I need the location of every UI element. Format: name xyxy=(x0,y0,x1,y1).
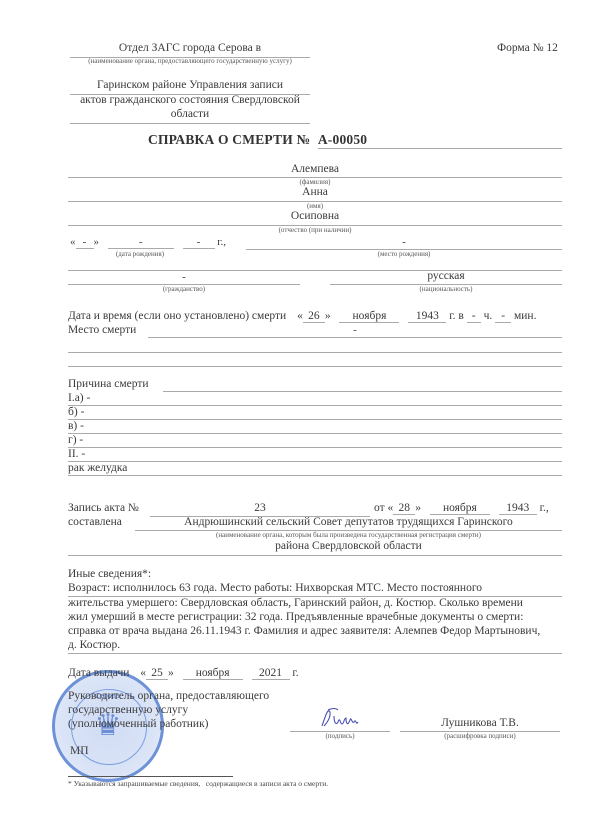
issuing-organ-line3: актов гражданского состояния Свердловско… xyxy=(65,94,315,106)
issuing-organ-line2: Гаринском районе Управления записи xyxy=(70,79,310,91)
cause-item: II. - xyxy=(68,448,85,460)
handwritten-signature xyxy=(318,704,362,732)
issue-month: ноября xyxy=(183,667,243,680)
seal-place-label: МП xyxy=(70,745,89,757)
cause-prefix: II. xyxy=(68,448,79,460)
death-date-row: Дата и время (если оно установлено) смер… xyxy=(68,310,536,323)
cause-prefix: I.а) xyxy=(68,392,84,404)
issue-date-row: Дата выдачи «25» ноября 2021 г. xyxy=(68,667,299,680)
patronymic-caption: (отчество (при наличии) xyxy=(68,226,562,234)
composed-label: составлена xyxy=(68,516,122,528)
head-title-line2: государственную услугу xyxy=(68,704,188,716)
nationality-value: русская xyxy=(330,270,562,282)
birth-date-caption: (дата рождения) xyxy=(90,250,190,258)
other-info-line: справка от врача выдана 26.11.1943 г. Фа… xyxy=(68,625,540,637)
birth-year: - xyxy=(183,236,215,249)
cause-item: б) - xyxy=(68,406,84,418)
record-label: Запись акта № xyxy=(68,502,139,514)
surname-caption: (фамилия) xyxy=(68,178,562,186)
death-month: ноября xyxy=(339,310,399,323)
head-title-line3: (уполномоченный работник) xyxy=(68,718,209,730)
document-title: СПРАВКА О СМЕРТИ № А-00050 xyxy=(148,132,367,148)
citizenship-value: - xyxy=(68,271,300,283)
death-place-value: - xyxy=(148,324,562,336)
signatory-name-caption: (расшифровка подписи) xyxy=(400,732,560,740)
certificate-number: А-00050 xyxy=(318,132,367,147)
registering-organ-line1: Андрюшинский сельский Совет депутатов тр… xyxy=(135,516,562,528)
death-year: 1943 xyxy=(408,310,446,323)
registering-organ-caption: (наименование органа, которым была произ… xyxy=(135,531,562,539)
signatory-name: Лушникова Т.В. xyxy=(400,717,560,729)
issue-year-suffix: г. xyxy=(292,667,298,679)
birth-month: - xyxy=(108,236,174,249)
record-year-suffix: г., xyxy=(540,502,549,514)
record-day: 28 xyxy=(393,502,415,515)
issuing-organ-caption: (наименование органа, предоставляющего г… xyxy=(85,57,295,66)
issuing-organ-line4: области xyxy=(70,108,310,120)
death-hour: - xyxy=(467,310,481,323)
minute-suffix: мин. xyxy=(514,310,536,322)
issue-day: 25 xyxy=(146,667,168,680)
other-info-line: жительства умершего: Свердловская област… xyxy=(68,597,523,609)
birth-date-row: «-» - - г., xyxy=(70,236,226,249)
cause-value: - xyxy=(79,434,83,446)
cause-value: - xyxy=(87,392,91,404)
record-month: ноября xyxy=(430,502,490,515)
birth-place-value: - xyxy=(246,236,562,248)
record-year: 1943 xyxy=(499,502,537,515)
record-date: от «28» ноября 1943 г., xyxy=(374,502,549,515)
footnote: * Указываются запрашиваемые сведения, со… xyxy=(68,779,328,788)
head-title-line1: Руководитель органа, предоставляющего xyxy=(68,690,269,702)
record-from-label: от xyxy=(374,502,385,514)
birth-day: - xyxy=(76,236,94,249)
birth-place-caption: (место рождения) xyxy=(246,250,562,258)
form-number: Форма № 12 xyxy=(497,42,558,54)
cause-value: - xyxy=(81,448,85,460)
signature-caption: (подпись) xyxy=(290,732,390,740)
cause-extra: рак желудка xyxy=(68,462,127,474)
patronymic-value: Осиповна xyxy=(68,210,562,222)
record-number: 23 xyxy=(150,502,370,514)
registering-organ-line2: района Свердловской области xyxy=(135,540,562,552)
nationality-caption: (национальность) xyxy=(330,285,562,293)
cause-value: - xyxy=(81,406,85,418)
name-caption: (имя) xyxy=(68,202,562,210)
death-year-suffix: г. в xyxy=(449,310,464,322)
other-info-line: жил умерший в месте регистрации: 32 года… xyxy=(68,611,523,623)
death-day: 26 xyxy=(303,310,325,323)
cause-label: Причина смерти xyxy=(68,378,149,390)
issue-date-label: Дата выдачи xyxy=(68,667,129,679)
title-label: СПРАВКА О СМЕРТИ № xyxy=(148,132,310,147)
footnote-divider xyxy=(68,776,233,777)
cause-prefix: в) xyxy=(68,420,77,432)
death-minute: - xyxy=(495,310,511,323)
surname-value: Алемпева xyxy=(68,163,562,175)
name-value: Анна xyxy=(68,186,562,198)
hour-suffix: ч. xyxy=(484,310,493,322)
issuing-organ-line1: Отдел ЗАГС города Серова в xyxy=(70,42,310,54)
other-info-line: Возраст: исполнилось 63 года. Место рабо… xyxy=(68,582,482,594)
cause-prefix: б) xyxy=(68,406,78,418)
cause-value: - xyxy=(80,420,84,432)
other-info-label: Иные сведения*: xyxy=(68,568,151,580)
cause-item: в) - xyxy=(68,420,84,432)
death-place-label: Место смерти xyxy=(68,324,136,336)
cause-item: I.а) - xyxy=(68,392,90,404)
issue-year: 2021 xyxy=(252,667,290,680)
death-date-label: Дата и время (если оно установлено) смер… xyxy=(68,310,286,322)
cause-item: г) - xyxy=(68,434,83,446)
other-info-line: д. Костюр. xyxy=(68,639,120,651)
citizenship-caption: (гражданство) xyxy=(68,285,300,293)
cause-prefix: г) xyxy=(68,434,77,446)
